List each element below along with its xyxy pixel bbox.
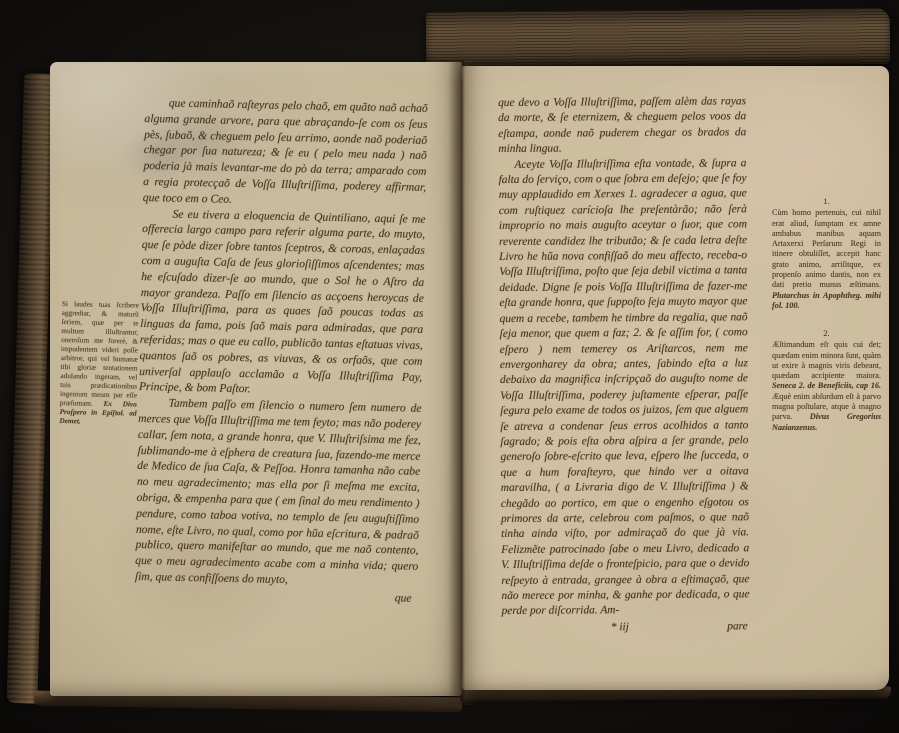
catchword: pare	[727, 619, 748, 635]
margin-note-text: Si laudes tuas ſcribere aggrediar, & mat…	[60, 299, 139, 408]
right-margin-note-2: 2.Æſtimandum eſt quis cui det; quædam en…	[772, 329, 881, 433]
signature-mark: * iij	[611, 620, 629, 636]
signature-line: * iij pare	[502, 619, 750, 638]
book-top-page-edges	[426, 8, 890, 68]
book-left-cover-edge	[6, 73, 55, 704]
margin-note-number: 1.	[772, 197, 881, 207]
right-margin-note-1: 1.Cùm homo pertenuis, cui nihil erat ali…	[772, 197, 881, 311]
margin-note-citation: Plutarchus in Apophtheg. mihi fol. 100.	[772, 291, 881, 310]
margin-note-text: Æſtimandum eſt quis cui det; quædam enim…	[772, 340, 881, 380]
margin-note-text: Cùm homo pertenuis, cui nihil erat aliud…	[772, 208, 881, 289]
paragraph: que caminhaõ raſteyras pelo chaõ, em quã…	[143, 95, 428, 211]
book-gutter	[448, 60, 476, 705]
right-text-block: que devo a Voſſa Illuſtriſſima, paſſem a…	[498, 94, 750, 638]
paragraph: Tambem paſſo em ſilencio o numero ſem nu…	[135, 395, 422, 590]
left-margin-note: Si laudes tuas ſcribere aggrediar, & mat…	[59, 299, 139, 427]
paragraph: Aceyte Voſſa Illuſtriſſima eſta vontade,…	[498, 156, 749, 620]
left-text-block: que caminhaõ raſteyras pelo chaõ, em quã…	[134, 95, 428, 606]
left-page: Si laudes tuas ſcribere aggrediar, & mat…	[50, 62, 462, 696]
margin-note-number: 2.	[772, 329, 881, 339]
paragraph: Se eu tivera a eloquencia de Quintiliano…	[139, 206, 426, 401]
right-page: que devo a Voſſa Illuſtriſſima, paſſem a…	[462, 66, 889, 690]
paragraph: que devo a Voſſa Illuſtriſſima, paſſem a…	[498, 94, 746, 157]
photo-background: Si laudes tuas ſcribere aggrediar, & mat…	[0, 0, 899, 733]
margin-note-citation: Seneca 2. de Beneficiis, cap 16.	[772, 381, 881, 390]
